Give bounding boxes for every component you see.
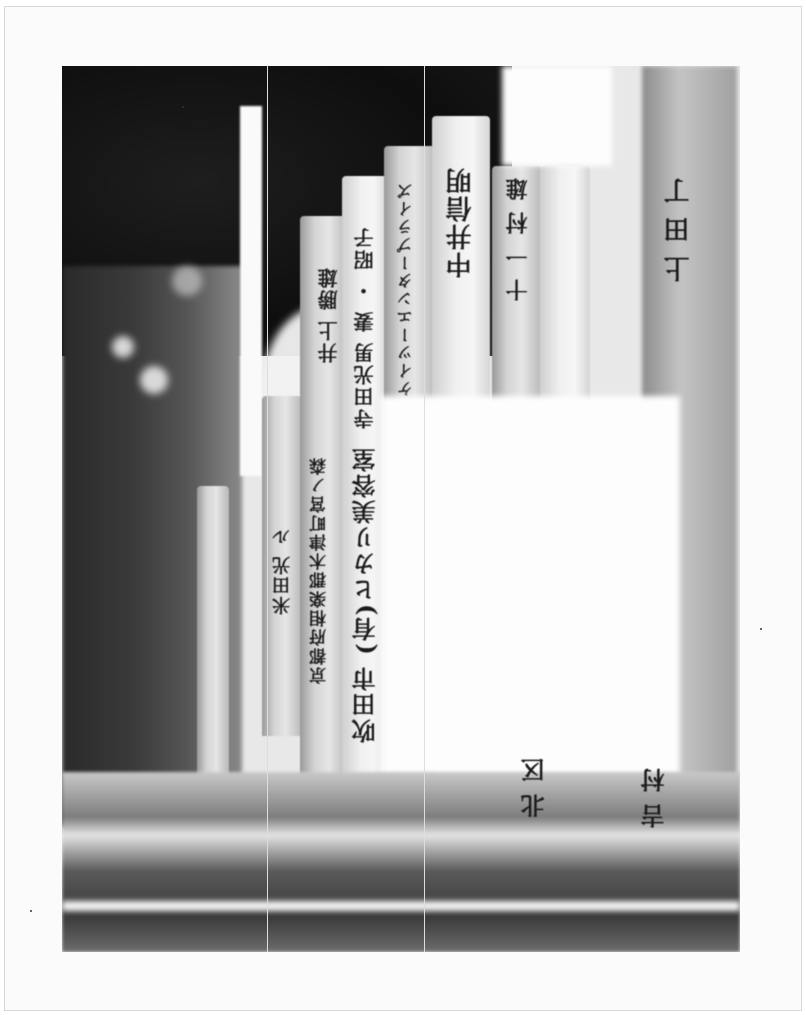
plaque-inscription: 中井信明 <box>442 166 479 278</box>
plaque-inscription: ケイツーエンタープライズ <box>394 181 417 397</box>
plaque-inscription: 吹田市 (有)ヒカリ美容室 <box>348 446 383 743</box>
white-pillar <box>240 106 262 476</box>
plaque-inscription: 吉 村 <box>637 766 672 828</box>
overexposed-area <box>380 396 680 776</box>
plaque-inscription: 寺田光男 妻 ・ 昭子 <box>350 226 379 429</box>
film-scratch <box>424 66 425 952</box>
dust-speck <box>122 296 124 298</box>
dust-speck <box>182 106 184 108</box>
plaque-inscription: 井上 勝雄 <box>314 266 343 363</box>
bokeh-light <box>172 266 202 296</box>
bokeh-light <box>140 366 168 394</box>
plaque-inscription: 北 区 <box>517 756 552 818</box>
film-scratch <box>267 66 268 952</box>
dust-speck <box>760 628 762 630</box>
photograph: 吹田市 (有)ヒカリ美容室 京都府相楽郡木津町宮ノ森 寺田光男 妻 ・ 昭子 井… <box>62 66 740 952</box>
dust-speck <box>30 910 32 912</box>
plaque-inscription: 十 一 村 雄 <box>502 176 533 301</box>
bokeh-light <box>112 336 134 358</box>
overexposed-area <box>502 66 612 166</box>
plaque-inscription: 米田光 ル <box>270 526 296 614</box>
plaque-inscription: 京都府相楽郡木津町宮ノ森 <box>307 456 332 684</box>
plaque-inscription: 上 田 丁 <box>660 176 697 282</box>
rope-highlight <box>62 901 740 911</box>
plaque-strip <box>197 486 229 816</box>
